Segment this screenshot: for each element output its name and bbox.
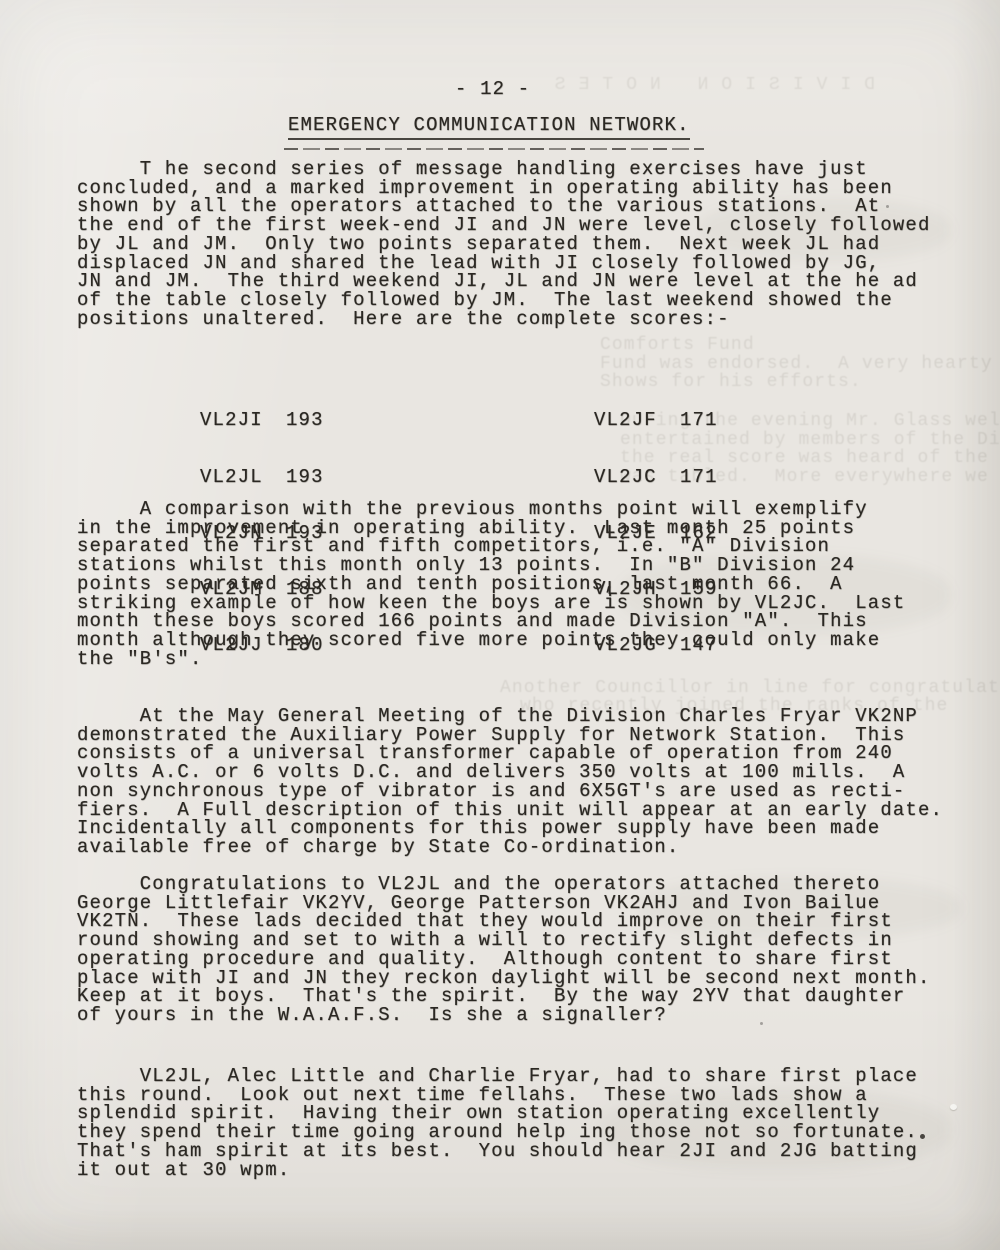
callsign: VL2JF [594, 411, 680, 430]
paragraph-3: At the May General Meeting of the Divisi… [77, 707, 943, 857]
paper-speck [886, 205, 889, 208]
ghost-heading: D I V I S I O N N O T E S [545, 76, 875, 95]
table-row: VL2JL193 [200, 468, 324, 487]
page-title: EMERGENCY COMMUNICATION NETWORK. [288, 116, 690, 140]
score: 193 [286, 466, 324, 488]
score: 193 [286, 409, 324, 431]
paragraph-4: Congratulations to VL2JL and the operato… [77, 875, 931, 1025]
table-row: VL2JF171 [594, 411, 718, 430]
callsign: VL2JL [200, 468, 286, 487]
edge-shade-right [952, 0, 1000, 1250]
edge-shade-bottom [0, 1208, 1000, 1250]
document-page: D I V I S I O N N O T E S Comforts Fund … [0, 0, 1000, 1250]
table-row: VL2JI193 [200, 411, 324, 430]
ghost-line: Fund was endorsed. A very hearty vote of… [600, 355, 1000, 374]
title-underline [284, 148, 704, 150]
ghost-line: Another Councillor in line for congratul… [500, 679, 1000, 698]
paragraph-5: VL2JL, Alec Little and Charlie Fryar, ha… [77, 1067, 918, 1179]
score: 171 [680, 466, 718, 488]
score: 171 [680, 409, 718, 431]
paragraph-2: A comparison with the previous months po… [77, 500, 905, 668]
paper-speck [760, 1022, 763, 1025]
paper-speck [920, 1134, 925, 1139]
paragraph-1: T he second series of message handling e… [77, 160, 931, 328]
callsign: VL2JI [200, 411, 286, 430]
ghost-line: Comforts Fund [600, 336, 755, 355]
page-number: - 12 - [455, 80, 530, 99]
table-row: VL2JC171 [594, 468, 718, 487]
callsign: VL2JC [594, 468, 680, 487]
